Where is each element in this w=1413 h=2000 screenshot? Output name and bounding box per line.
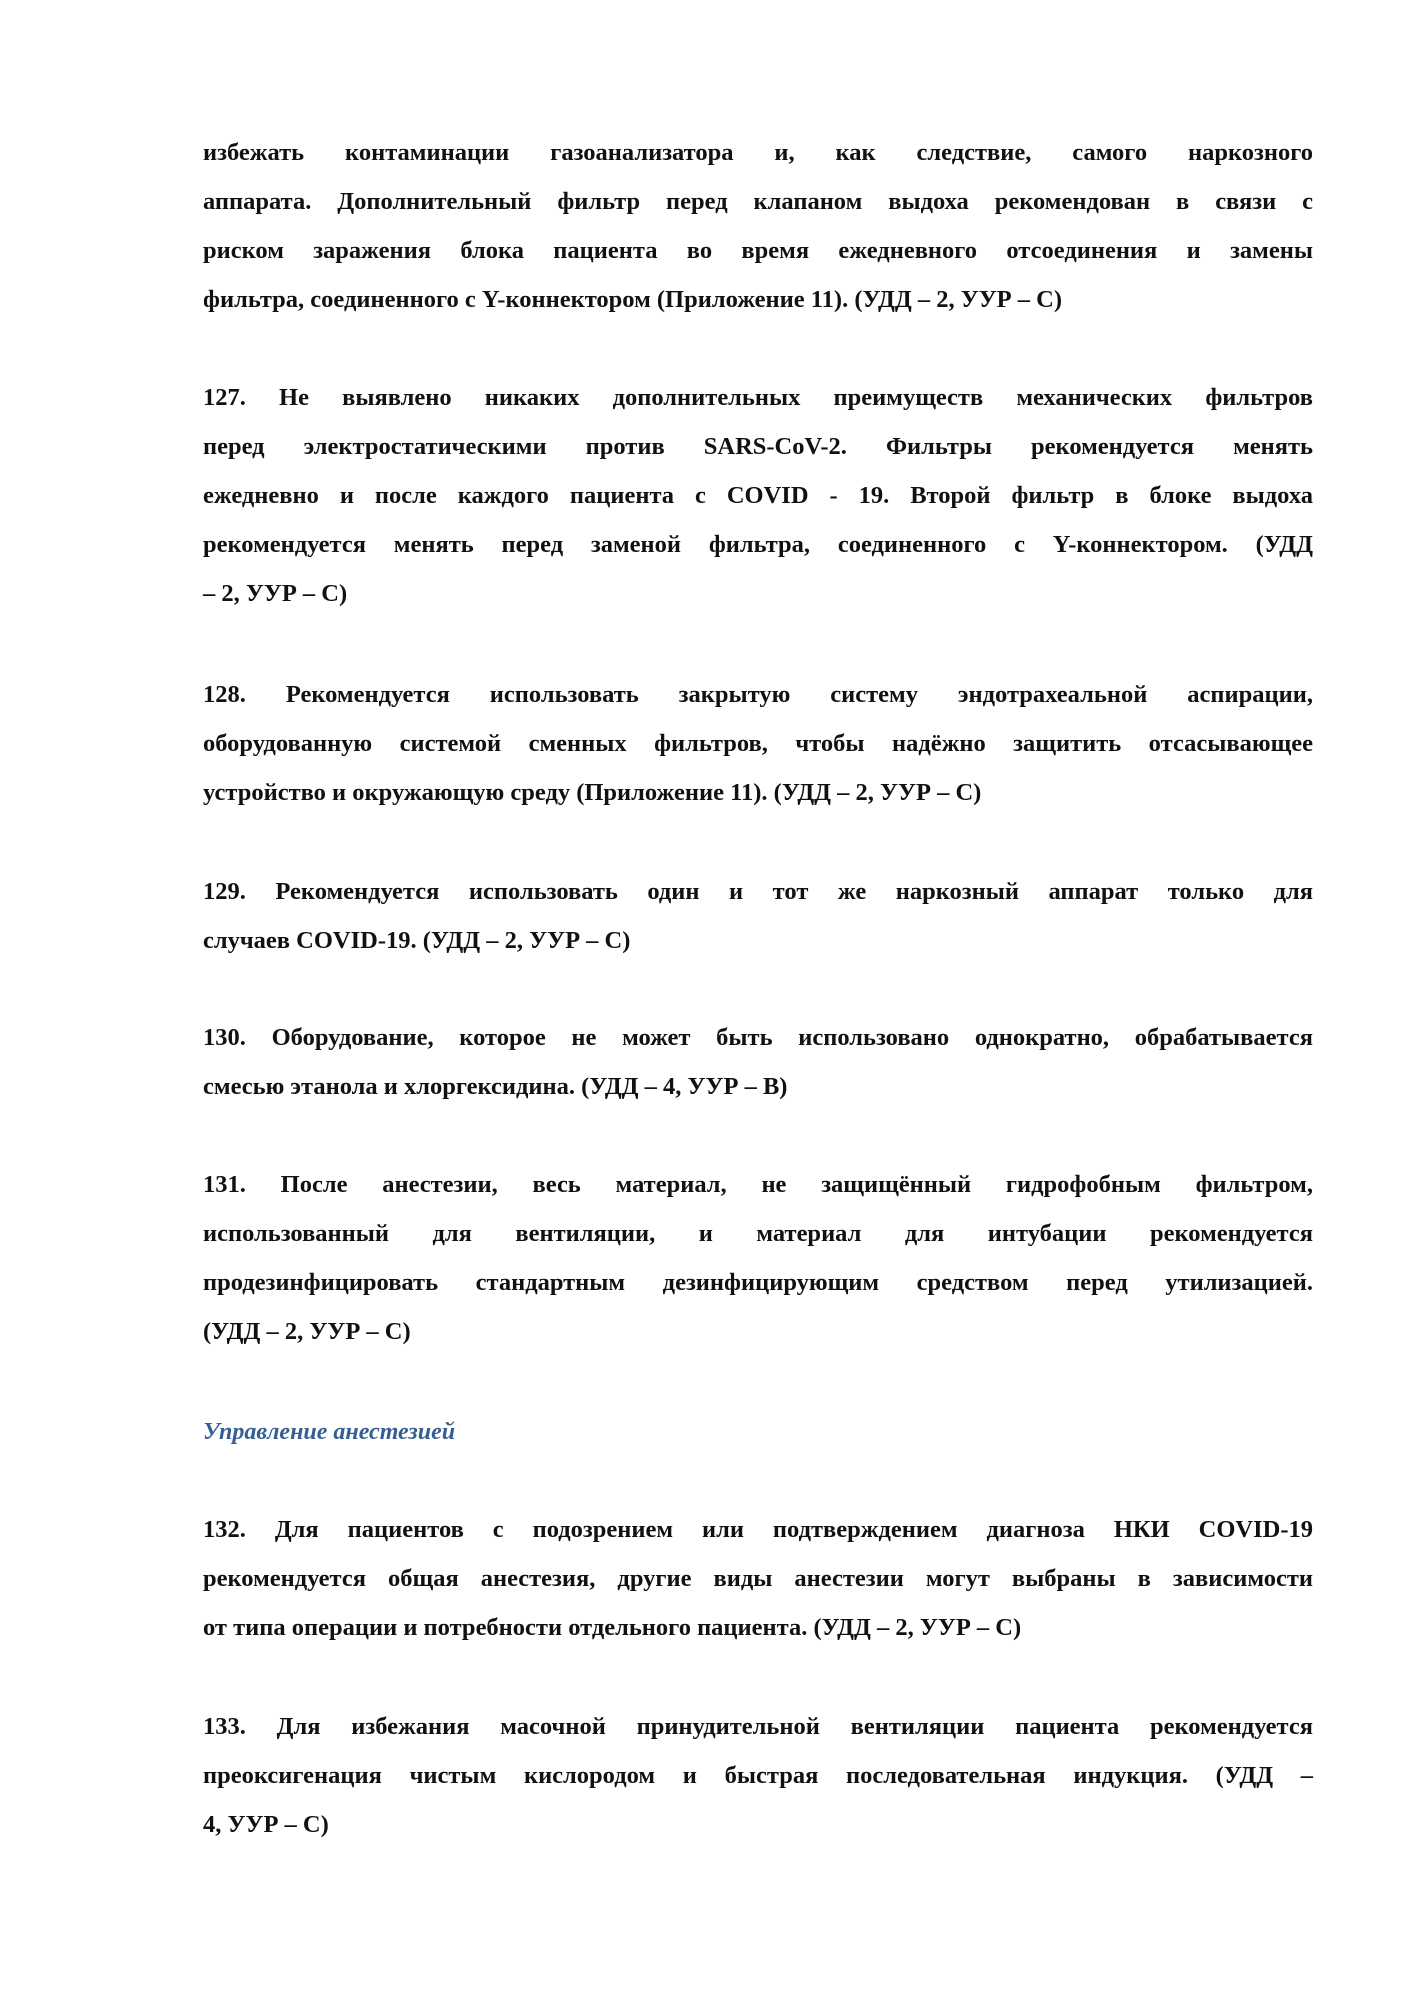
text-line: устройство и окружающую среду (Приложени…: [203, 768, 1313, 817]
text-line: 127. Не выявлено никаких дополнительных …: [203, 373, 1313, 422]
paragraph-133: 133. Для избежания масочной принудительн…: [203, 1702, 1313, 1849]
text-line: смесью этанола и хлоргексидина. (УДД – 4…: [203, 1062, 1313, 1111]
text-line: использованный для вентиляции, и материа…: [203, 1209, 1313, 1258]
paragraph-130: 130. Оборудование, которое не может быть…: [203, 1013, 1313, 1111]
text-line: фильтра, соединенного с Y-коннектором (П…: [203, 275, 1313, 324]
text-line: избежать контаминации газоанализатора и,…: [203, 128, 1313, 177]
paragraph-132: 132. Для пациентов с подозрением или под…: [203, 1505, 1313, 1652]
text-line: 4, УУР – С): [203, 1800, 1313, 1849]
text-line: 129. Рекомендуется использовать один и т…: [203, 867, 1313, 916]
text-line: перед электростатическими против SARS-Co…: [203, 422, 1313, 471]
text-line: (УДД – 2, УУР – С): [203, 1307, 1313, 1356]
text-line: оборудованную системой сменных фильтров,…: [203, 719, 1313, 768]
text-line: ежедневно и после каждого пациента с COV…: [203, 471, 1313, 520]
text-line: – 2, УУР – С): [203, 569, 1313, 618]
text-line: аппарата. Дополнительный фильтр перед кл…: [203, 177, 1313, 226]
text-line: рекомендуется менять перед заменой фильт…: [203, 520, 1313, 569]
text-line: 131. После анестезии, весь материал, не …: [203, 1160, 1313, 1209]
text-line: преоксигенация чистым кислородом и быстр…: [203, 1751, 1313, 1800]
section-heading: Управление анестезией: [203, 1412, 455, 1452]
paragraph-128: 128. Рекомендуется использовать закрытую…: [203, 670, 1313, 817]
text-line: 133. Для избежания масочной принудительн…: [203, 1702, 1313, 1751]
text-line: от типа операции и потребности отдельног…: [203, 1603, 1313, 1652]
text-line: 132. Для пациентов с подозрением или под…: [203, 1505, 1313, 1554]
paragraph-129: 129. Рекомендуется использовать один и т…: [203, 867, 1313, 965]
paragraph-126-continuation: избежать контаминации газоанализатора и,…: [203, 128, 1313, 324]
text-line: продезинфицировать стандартным дезинфици…: [203, 1258, 1313, 1307]
text-line: 130. Оборудование, которое не может быть…: [203, 1013, 1313, 1062]
document-page: избежать контаминации газоанализатора и,…: [0, 0, 1413, 2000]
text-line: рекомендуется общая анестезия, другие ви…: [203, 1554, 1313, 1603]
paragraph-131: 131. После анестезии, весь материал, не …: [203, 1160, 1313, 1356]
text-line: случаев COVID-19. (УДД – 2, УУР – С): [203, 916, 1313, 965]
paragraph-127: 127. Не выявлено никаких дополнительных …: [203, 373, 1313, 618]
text-line: 128. Рекомендуется использовать закрытую…: [203, 670, 1313, 719]
text-line: риском заражения блока пациента во время…: [203, 226, 1313, 275]
